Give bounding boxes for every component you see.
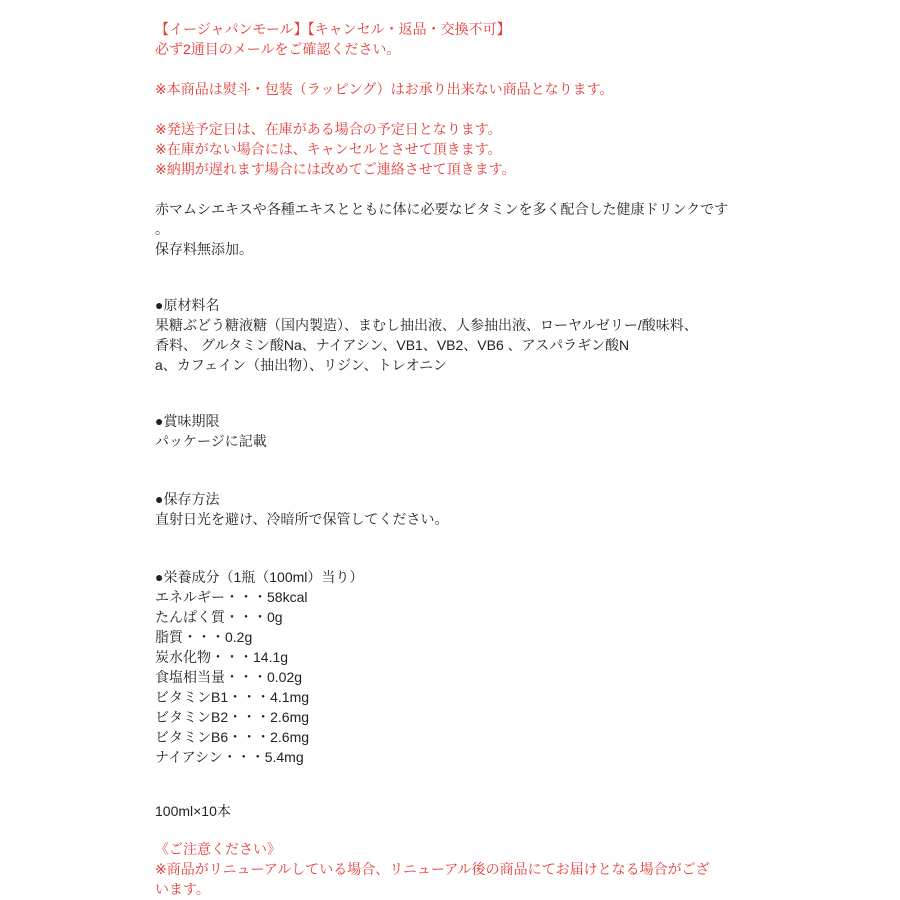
nutrition-line: ビタミンB2・・・2.6mg bbox=[155, 707, 860, 727]
renewal-caution-section: 《ご注意ください》 ※商品がリニューアルしている場合、リニューアル後の商品にてお… bbox=[155, 839, 860, 899]
caution-line: ※商品がリニューアルしている場合、リニューアル後の商品にてお届けとなる場合がござ bbox=[155, 859, 860, 879]
intro-line: 。 bbox=[155, 219, 860, 239]
caution-heading: 《ご注意ください》 bbox=[155, 839, 860, 859]
storage-heading: ●保存方法 bbox=[155, 489, 860, 509]
best-before-value: パッケージに記載 bbox=[155, 431, 860, 451]
product-intro: 赤マムシエキスや各種エキスとともに体に必要なビタミンを多く配合した健康ドリンクで… bbox=[155, 199, 860, 259]
intro-line: 赤マムシエキスや各種エキスとともに体に必要なビタミンを多く配合した健康ドリンクで… bbox=[155, 199, 860, 219]
nutrition-line: 炭水化物・・・14.1g bbox=[155, 647, 860, 667]
ingredients-heading: ●原材料名 bbox=[155, 295, 860, 315]
shipping-notice: ※発送予定日は、在庫がある場合の予定日となります。 ※在庫がない場合には、キャン… bbox=[155, 119, 860, 179]
notice-line: ※在庫がない場合には、キャンセルとさせて頂きます。 bbox=[155, 139, 860, 159]
best-before-heading: ●賞味期限 bbox=[155, 411, 860, 431]
ingredients-line: 香料、 グルタミン酸Na、ナイアシン、VB1、VB2、VB6 、アスパラギン酸N bbox=[155, 335, 860, 355]
nutrition-line: ビタミンB1・・・4.1mg bbox=[155, 687, 860, 707]
nutrition-line: ナイアシン・・・5.4mg bbox=[155, 747, 860, 767]
nutrition-section: ●栄養成分（1瓶（100ml）当り） エネルギー・・・58kcal たんぱく質・… bbox=[155, 567, 860, 767]
nutrition-line: たんぱく質・・・0g bbox=[155, 607, 860, 627]
best-before-section: ●賞味期限 パッケージに記載 bbox=[155, 411, 860, 451]
product-description-page: 【イージャパンモール】【キャンセル・返品・交換不可】 必ず2通目のメールをご確認… bbox=[0, 0, 900, 899]
caution-line: います。 bbox=[155, 879, 860, 899]
notice-line: 必ず2通目のメールをご確認ください。 bbox=[155, 39, 860, 59]
ingredients-section: ●原材料名 果糖ぶどう糖液糖（国内製造）、まむし抽出液、人参抽出液、ローヤルゼリ… bbox=[155, 295, 860, 375]
intro-line: 保存料無添加。 bbox=[155, 239, 860, 259]
storage-section: ●保存方法 直射日光を避け、冷暗所で保管してください。 bbox=[155, 489, 860, 529]
nutrition-line: 脂質・・・0.2g bbox=[155, 627, 860, 647]
nutrition-heading: ●栄養成分（1瓶（100ml）当り） bbox=[155, 567, 860, 587]
storage-value: 直射日光を避け、冷暗所で保管してください。 bbox=[155, 509, 860, 529]
volume-section: 100ml×10本 bbox=[155, 801, 860, 821]
notice-line: ※本商品は熨斗・包装（ラッピング）はお承り出来ない商品となります。 bbox=[155, 79, 860, 99]
volume-value: 100ml×10本 bbox=[155, 801, 860, 821]
nutrition-line: ビタミンB6・・・2.6mg bbox=[155, 727, 860, 747]
notice-line: 【イージャパンモール】【キャンセル・返品・交換不可】 bbox=[155, 19, 860, 39]
ingredients-line: a、カフェイン（抽出物）、リジン、トレオニン bbox=[155, 355, 860, 375]
gift-wrap-notice: ※本商品は熨斗・包装（ラッピング）はお承り出来ない商品となります。 bbox=[155, 79, 860, 99]
nutrition-line: 食塩相当量・・・0.02g bbox=[155, 667, 860, 687]
nutrition-line: エネルギー・・・58kcal bbox=[155, 587, 860, 607]
notice-line: ※納期が遅れます場合には改めてご連絡させて頂きます。 bbox=[155, 159, 860, 179]
ingredients-line: 果糖ぶどう糖液糖（国内製造）、まむし抽出液、人参抽出液、ローヤルゼリー/酸味料、 bbox=[155, 315, 860, 335]
notice-line: ※発送予定日は、在庫がある場合の予定日となります。 bbox=[155, 119, 860, 139]
mall-cancel-notice: 【イージャパンモール】【キャンセル・返品・交換不可】 必ず2通目のメールをご確認… bbox=[155, 19, 860, 59]
